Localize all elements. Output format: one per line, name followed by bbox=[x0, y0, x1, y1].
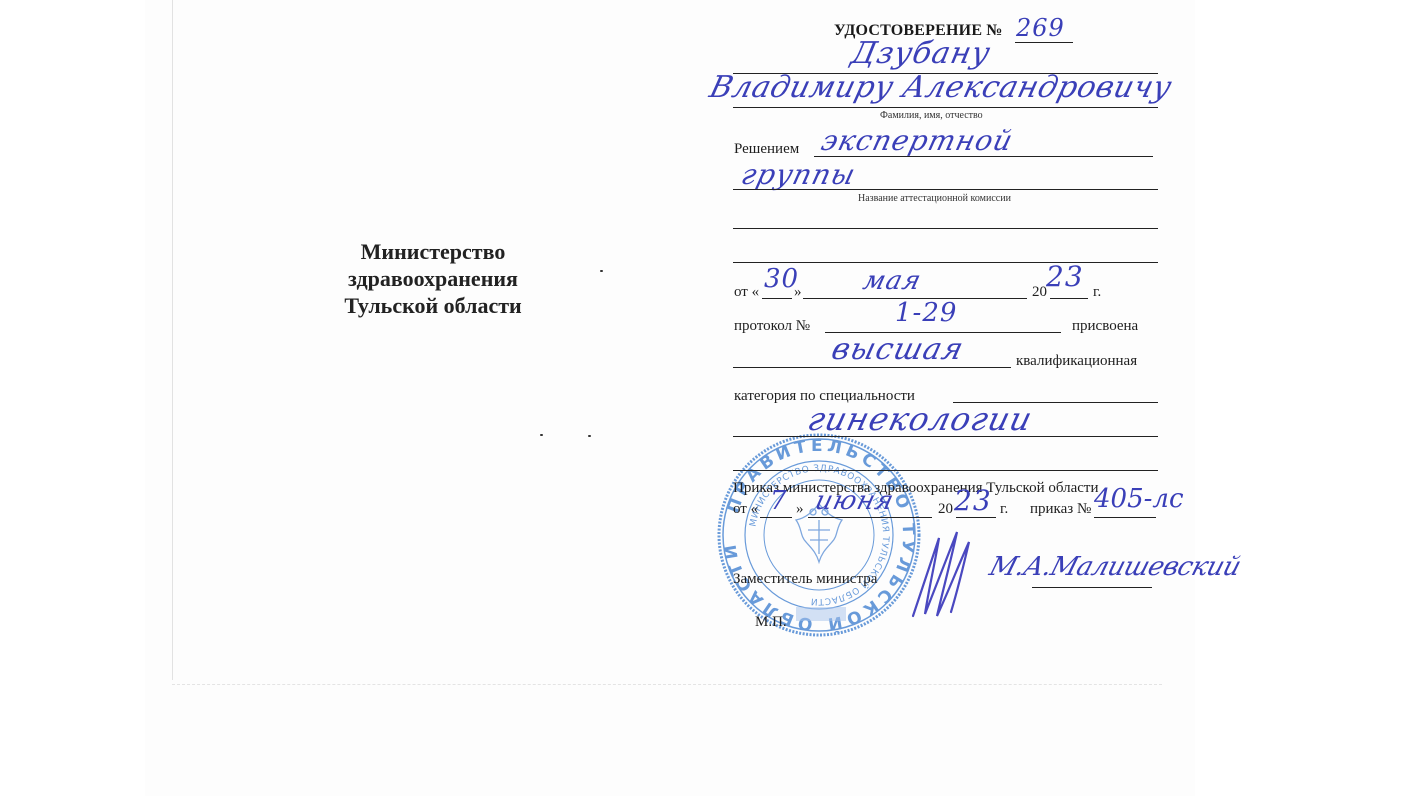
date-close: » bbox=[794, 284, 802, 301]
date-year-line bbox=[1050, 298, 1088, 299]
fold-line bbox=[172, 0, 173, 680]
order-month-line bbox=[808, 517, 932, 518]
signature-scribble bbox=[905, 528, 975, 618]
order-year-value: 23 bbox=[954, 484, 992, 517]
deputy-label: Заместитель министра bbox=[733, 571, 877, 588]
commission-value-2: группы bbox=[738, 158, 859, 191]
assigned-label: присвоена bbox=[1072, 318, 1138, 335]
order-number-label: приказ № bbox=[1030, 501, 1091, 518]
ministry-line-3: Тульской области bbox=[300, 292, 566, 319]
order-day-value: 7 bbox=[770, 486, 788, 516]
commission-caption: Название аттестационной комиссии bbox=[858, 193, 1011, 204]
document-sheet bbox=[145, 0, 1195, 796]
ministry-title: Министерство здравоохранения Тульской об… bbox=[300, 238, 566, 319]
name-line bbox=[733, 107, 1158, 108]
protocol-label: протокол № bbox=[734, 318, 810, 335]
specialty-value: гинекологии bbox=[804, 400, 1037, 438]
order-date-close: » bbox=[796, 501, 804, 518]
protocol-number-value: 1-29 bbox=[895, 298, 957, 328]
specialty-line-3 bbox=[733, 470, 1158, 471]
commission-value-1: экспертной bbox=[818, 124, 1017, 157]
date-prefix: от « bbox=[734, 284, 759, 301]
seal-label: М.П. bbox=[755, 614, 787, 631]
order-date-prefix: от « bbox=[733, 501, 758, 518]
scan-speck bbox=[600, 270, 603, 272]
certificate-number: 269 bbox=[1016, 14, 1065, 42]
name-patronymic-value: Владимиру Александровичу bbox=[706, 70, 1176, 105]
order-number-value: 405-лс bbox=[1094, 484, 1184, 514]
order-month-value: июня bbox=[812, 486, 897, 516]
category-value: высшая bbox=[828, 332, 968, 367]
specialty-line-2 bbox=[733, 436, 1158, 437]
scan-speck bbox=[540, 434, 543, 436]
decision-label: Решением bbox=[734, 141, 799, 158]
order-year-suffix: г. bbox=[1000, 501, 1008, 518]
date-year-value: 23 bbox=[1046, 260, 1084, 293]
order-heading: Приказ министерства здравоохранения Туль… bbox=[733, 480, 1099, 497]
date-day-line bbox=[762, 298, 792, 299]
order-year-line bbox=[956, 517, 996, 518]
fio-caption: Фамилия, имя, отчество bbox=[880, 110, 983, 121]
blank-line-2 bbox=[733, 262, 1158, 263]
year-prefix: 20 bbox=[1032, 284, 1047, 301]
order-year-prefix: 20 bbox=[938, 501, 953, 518]
official-stamp: ПРАВИТЕЛЬСТВО ТУЛЬСКОЙ ОБЛАСТИ МИНИСТЕРС… bbox=[716, 432, 922, 638]
order-number-line bbox=[1094, 517, 1156, 518]
number-underline bbox=[1015, 42, 1073, 43]
qualification-label: квалификационная bbox=[1016, 353, 1137, 370]
date-month-value: мая bbox=[860, 266, 925, 296]
ministry-line-2: здравоохранения bbox=[300, 265, 566, 292]
scan-speck bbox=[588, 435, 591, 437]
ministry-line-1: Министерство bbox=[300, 238, 566, 265]
order-day-line bbox=[760, 517, 792, 518]
commission-line-2 bbox=[733, 189, 1158, 190]
page-bottom-edge bbox=[172, 684, 1162, 685]
blank-line-1 bbox=[733, 228, 1158, 229]
surname-value: Дзубану bbox=[848, 36, 994, 71]
category-line bbox=[733, 367, 1011, 368]
signatory-value: М.А.Малишевский bbox=[986, 552, 1244, 582]
year-suffix: г. bbox=[1093, 284, 1101, 301]
signatory-line bbox=[1032, 587, 1152, 588]
